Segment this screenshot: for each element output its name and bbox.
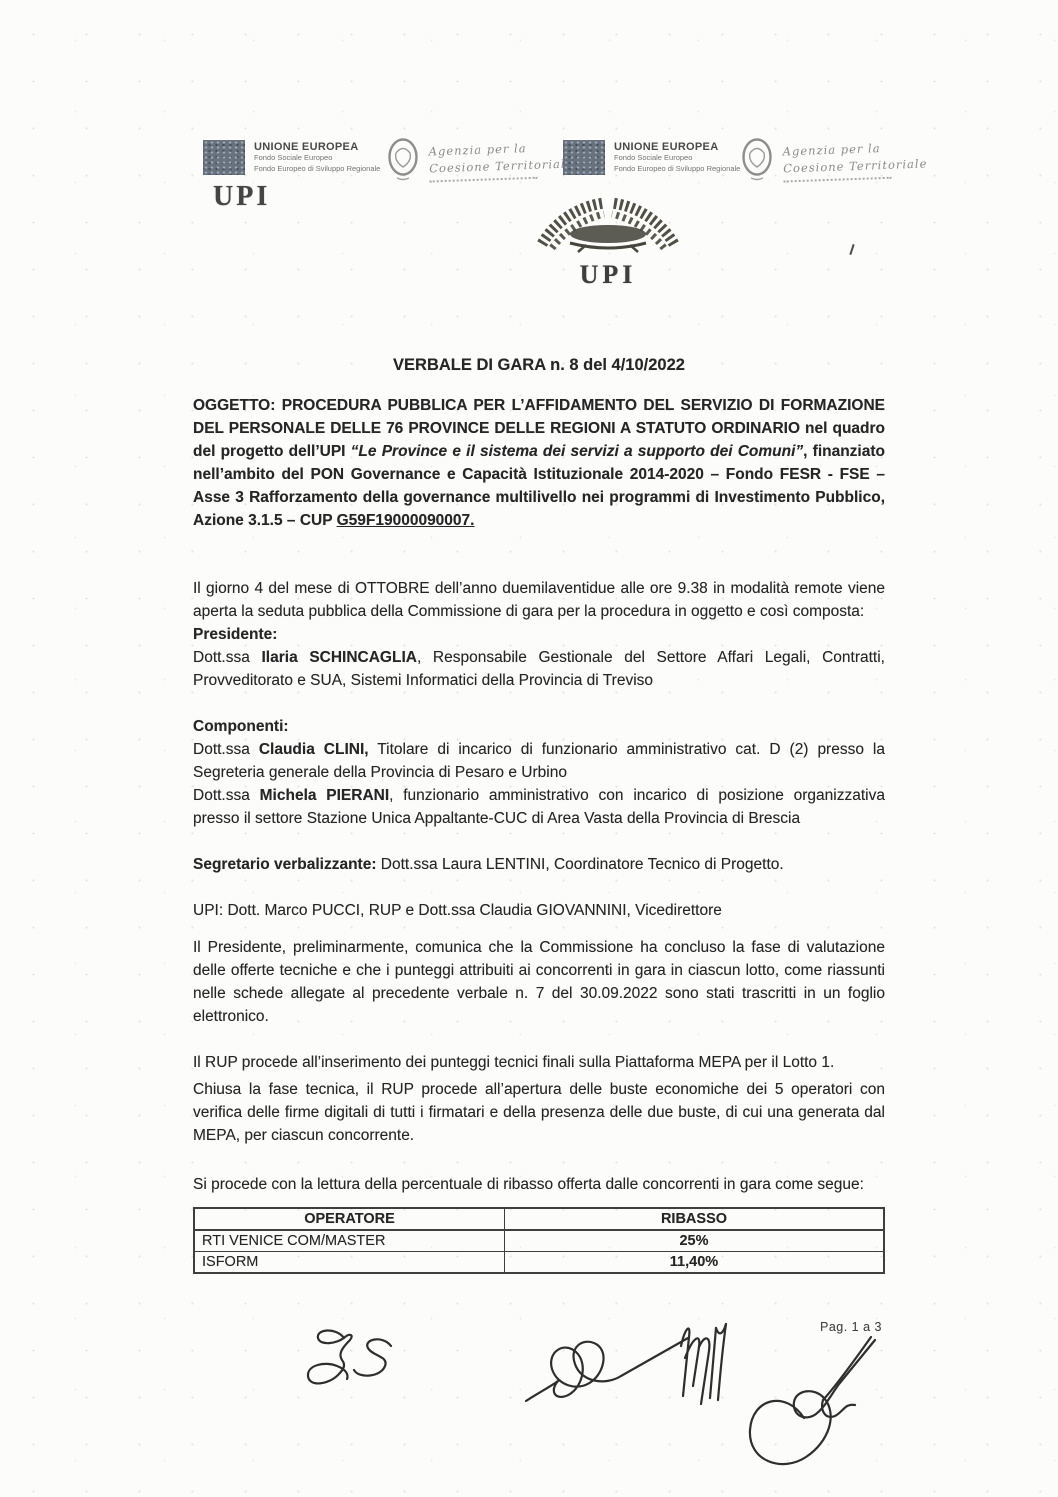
eu-logo-block-right: UNIONE EUROPEA Fondo Sociale Europeo Fon…	[563, 140, 740, 175]
eu-flag-icon	[203, 140, 245, 175]
member-2-name: Michela PIERANI	[260, 787, 390, 804]
scan-artifact-mark	[849, 244, 854, 255]
document-body: VERBALE DI GARA n. 8 del 4/10/2022 OGGET…	[193, 354, 885, 1274]
member-1-name: Claudia CLINI,	[259, 741, 369, 758]
president-name: Ilaria SCHINCAGLIA	[262, 649, 417, 666]
agency-logo-block-right: Agenzia per la Coesione Territoriale	[740, 136, 927, 182]
eu-logo-block-left: UNIONE EUROPEA Fondo Sociale Europeo Fon…	[203, 140, 380, 175]
evaluation-paragraph: Il Presidente, preliminarmente, comunica…	[193, 936, 885, 1028]
document-title: VERBALE DI GARA n. 8 del 4/10/2022	[193, 354, 885, 377]
envelope-opening-paragraph: Chiusa la fase tecnica, il RUP procede a…	[193, 1078, 885, 1147]
eu-logo-subtitle-2: Fondo Europeo di Sviluppo Regionale	[614, 164, 740, 175]
agency-logo-block-left: Agenzia per la Coesione Territoriale	[386, 136, 573, 182]
signature-initials-is	[298, 1316, 413, 1406]
table-row: ISFORM 11,40%	[194, 1252, 884, 1274]
state-emblem-icon	[740, 136, 774, 182]
eu-logo-subtitle-1: Fondo Sociale Europeo	[254, 153, 380, 164]
offers-table: OPERATORE RIBASSO RTI VENICE COM/MASTER …	[193, 1207, 885, 1274]
rup-insertion-paragraph: Il RUP procede all’inserimento dei punte…	[193, 1051, 885, 1074]
eu-logo-title: UNIONE EUROPEA	[254, 141, 380, 153]
agency-script-line-2: Coesione Territoriale	[429, 156, 574, 178]
signature-flourish	[742, 1330, 882, 1475]
member-2-paragraph: Dott.ssa Michela PIERANI, funzionario am…	[193, 784, 885, 830]
member-1-paragraph: Dott.ssa Claudia CLINI, Titolare di inca…	[193, 738, 885, 784]
president-paragraph: Dott.ssa Ilaria SCHINCAGLIA, Responsabil…	[193, 646, 885, 692]
table-row: RTI VENICE COM/MASTER 25%	[194, 1230, 884, 1252]
discount-cell: 25%	[505, 1230, 885, 1252]
session-intro-paragraph: Il giorno 4 del mese di OTTOBRE dell’ann…	[193, 577, 885, 623]
discount-cell: 11,40%	[505, 1252, 885, 1274]
secretary-paragraph: Segretario verbalizzante: Dott.ssa Laura…	[193, 853, 885, 876]
column-header-operatore: OPERATORE	[194, 1208, 505, 1230]
state-emblem-icon	[386, 136, 420, 182]
eu-flag-icon	[563, 140, 605, 175]
project-title-quote: “Le Province e il sistema dei servizi a …	[351, 443, 803, 460]
operator-cell: ISFORM	[194, 1252, 505, 1274]
eu-logo-title: UNIONE EUROPEA	[614, 141, 740, 153]
upi-emblem-block: UPI	[528, 192, 688, 290]
upi-wordmark: UPI	[213, 181, 270, 213]
upi-emblem-label: UPI	[528, 260, 688, 290]
operator-cell: RTI VENICE COM/MASTER	[194, 1230, 505, 1252]
president-prefix: Dott.ssa	[193, 649, 262, 666]
secretary-name: Dott.ssa Laura LENTINI, Coordinatore Tec…	[376, 856, 783, 873]
table-header-row: OPERATORE RIBASSO	[194, 1208, 884, 1230]
column-header-ribasso: RIBASSO	[505, 1208, 885, 1230]
signature-initials-mp	[668, 1310, 743, 1410]
member-1-prefix: Dott.ssa	[193, 741, 259, 758]
page-number-label: Pag. 1 a 3	[820, 1320, 882, 1334]
subject-paragraph: OGGETTO: PROCEDURA PUBBLICA PER L’AFFIDA…	[193, 394, 885, 532]
discount-reading-paragraph: Si procede con la lettura della percentu…	[193, 1173, 885, 1196]
cup-code: G59F19000090007.	[337, 512, 475, 529]
member-2-prefix: Dott.ssa	[193, 787, 260, 804]
scanned-document-page: UNIONE EUROPEA Fondo Sociale Europeo Fon…	[0, 0, 1058, 1497]
secretary-label: Segretario verbalizzante:	[193, 856, 376, 873]
members-heading: Componenti:	[193, 715, 885, 738]
upi-wreath-icon	[528, 192, 688, 254]
eu-logo-subtitle-2: Fondo Europeo di Sviluppo Regionale	[254, 164, 380, 175]
president-heading: Presidente:	[193, 623, 885, 646]
eu-logo-subtitle-1: Fondo Sociale Europeo	[614, 153, 740, 164]
agency-script-line-2: Coesione Territoriale	[783, 156, 928, 178]
upi-representatives-paragraph: UPI: Dott. Marco PUCCI, RUP e Dott.ssa C…	[193, 899, 885, 922]
